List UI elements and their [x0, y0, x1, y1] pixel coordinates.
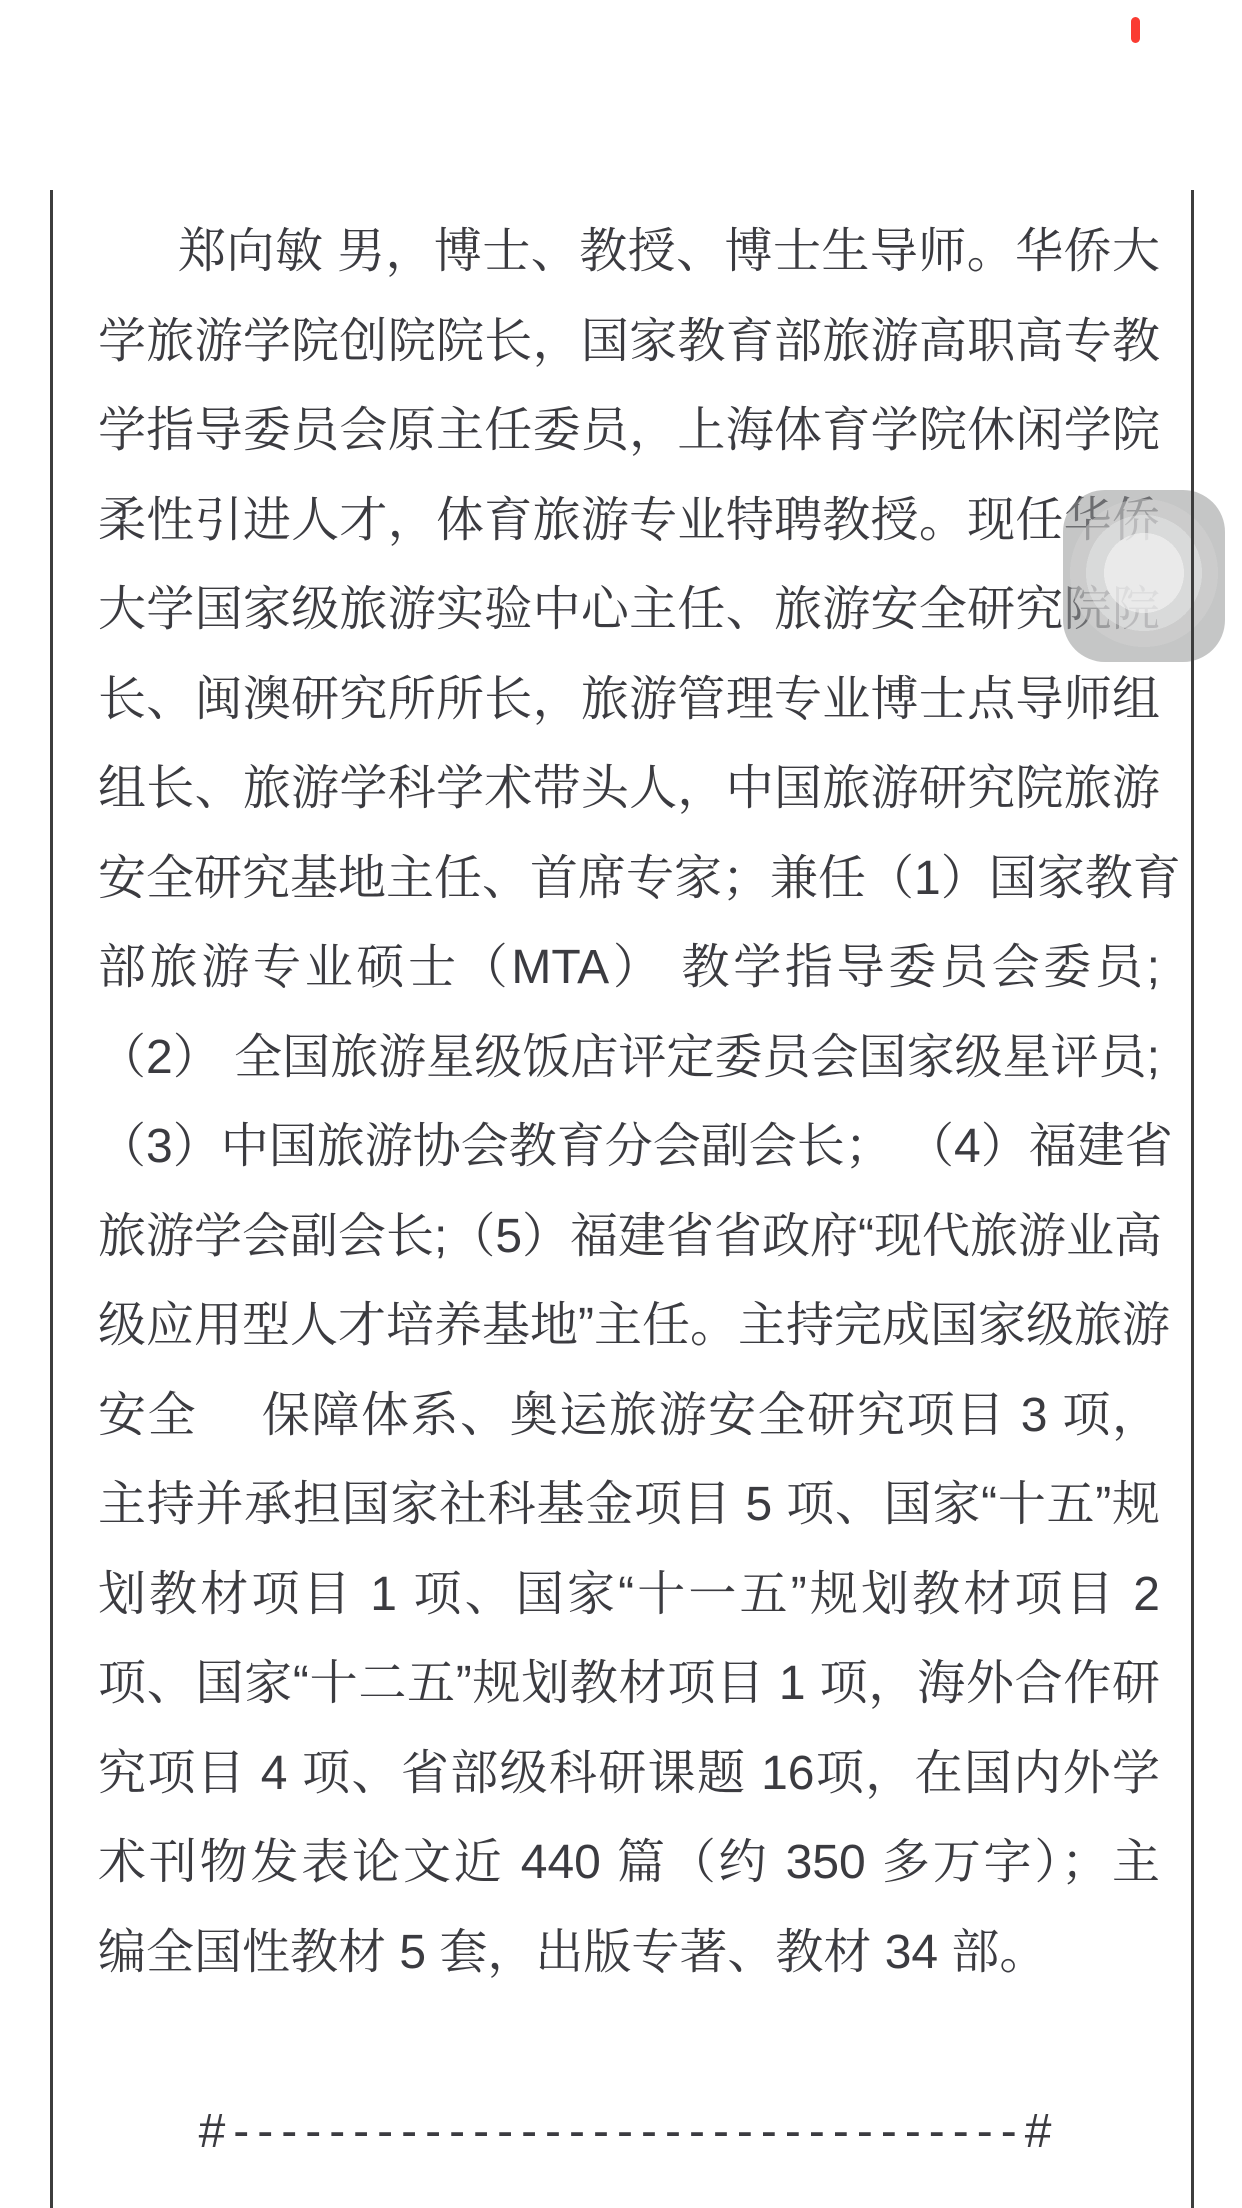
text-line: 长、闽澳研究所所长，旅游管理专业博士点导师组 [98, 655, 1160, 745]
text-line: 学旅游学院创院院长，国家教育部旅游高职高专教 [98, 297, 1160, 387]
document-view: 郑向敏 男，博士、教授、博士生导师。华侨大 学旅游学院创院院长，国家教育部旅游高… [0, 0, 1242, 2208]
text-line: 柔性引进人才，体育旅游专业特聘教授。现任华侨 [98, 476, 1160, 566]
text-line: 究项目 4 项、省部级科研课题 16项，在国内外学 [98, 1729, 1160, 1819]
text-line: 郑向敏 男，博士、教授、博士生导师。华侨大 [98, 207, 1160, 297]
document-text: 郑向敏 男，博士、教授、博士生导师。华侨大 学旅游学院创院院长，国家教育部旅游高… [98, 207, 1160, 2176]
blank-line [98, 1997, 1160, 2087]
text-line: （3）中国旅游协会教育分会副会长； （4）福建省 [98, 1102, 1160, 1192]
table-cell-right-border [1191, 190, 1194, 2208]
text-line: 大学国家级旅游实验中心主任、旅游安全研究院院 [98, 565, 1160, 655]
text-line: （2） 全国旅游星级饭店评定委员会国家级星评员; [98, 1013, 1160, 1103]
text-line: 项、国家“十二五”规划教材项目 1 项，海外合作研 [98, 1639, 1160, 1729]
text-line: 部旅游专业硕士（MTA） 教学指导委员会委员; [98, 923, 1160, 1013]
text-line: 级应用型人才培养基地”主任。主持完成国家级旅游 [98, 1281, 1160, 1371]
concentric-circles-icon [1064, 493, 1224, 653]
text-line: 主持并承担国家社科基金项目 5 项、国家“十五”规 [98, 1460, 1160, 1550]
text-line: 划教材项目 1 项、国家“十一五”规划教材项目 2 [98, 1550, 1160, 1640]
scrollbar-thumb[interactable] [1131, 17, 1140, 43]
text-line: 安全研究基地主任、首席专家；兼任（1）国家教育 [98, 834, 1160, 924]
text-line: 学指导委员会原主任委员，上海体育学院休闲学院 [98, 386, 1160, 476]
text-line: 安全 保障体系、奥运旅游安全研究项目 3 项， [98, 1371, 1160, 1461]
text-line: 组长、旅游学科学术带头人，中国旅游研究院旅游 [98, 744, 1160, 834]
text-line: 编全国性教材 5 套，出版专著、教材 34 部。 [98, 1908, 1160, 1998]
floating-tool-button[interactable] [1063, 490, 1225, 662]
table-cell-left-border [50, 190, 53, 2208]
text-line: 术刊物发表论文近 440 篇（约 350 多万字）；主 [98, 1818, 1160, 1908]
text-line: 旅游学会副会长;（5）福建省省政府“现代旅游业高 [98, 1192, 1160, 1282]
section-separator: #---------------------------------# [98, 2087, 1160, 2177]
